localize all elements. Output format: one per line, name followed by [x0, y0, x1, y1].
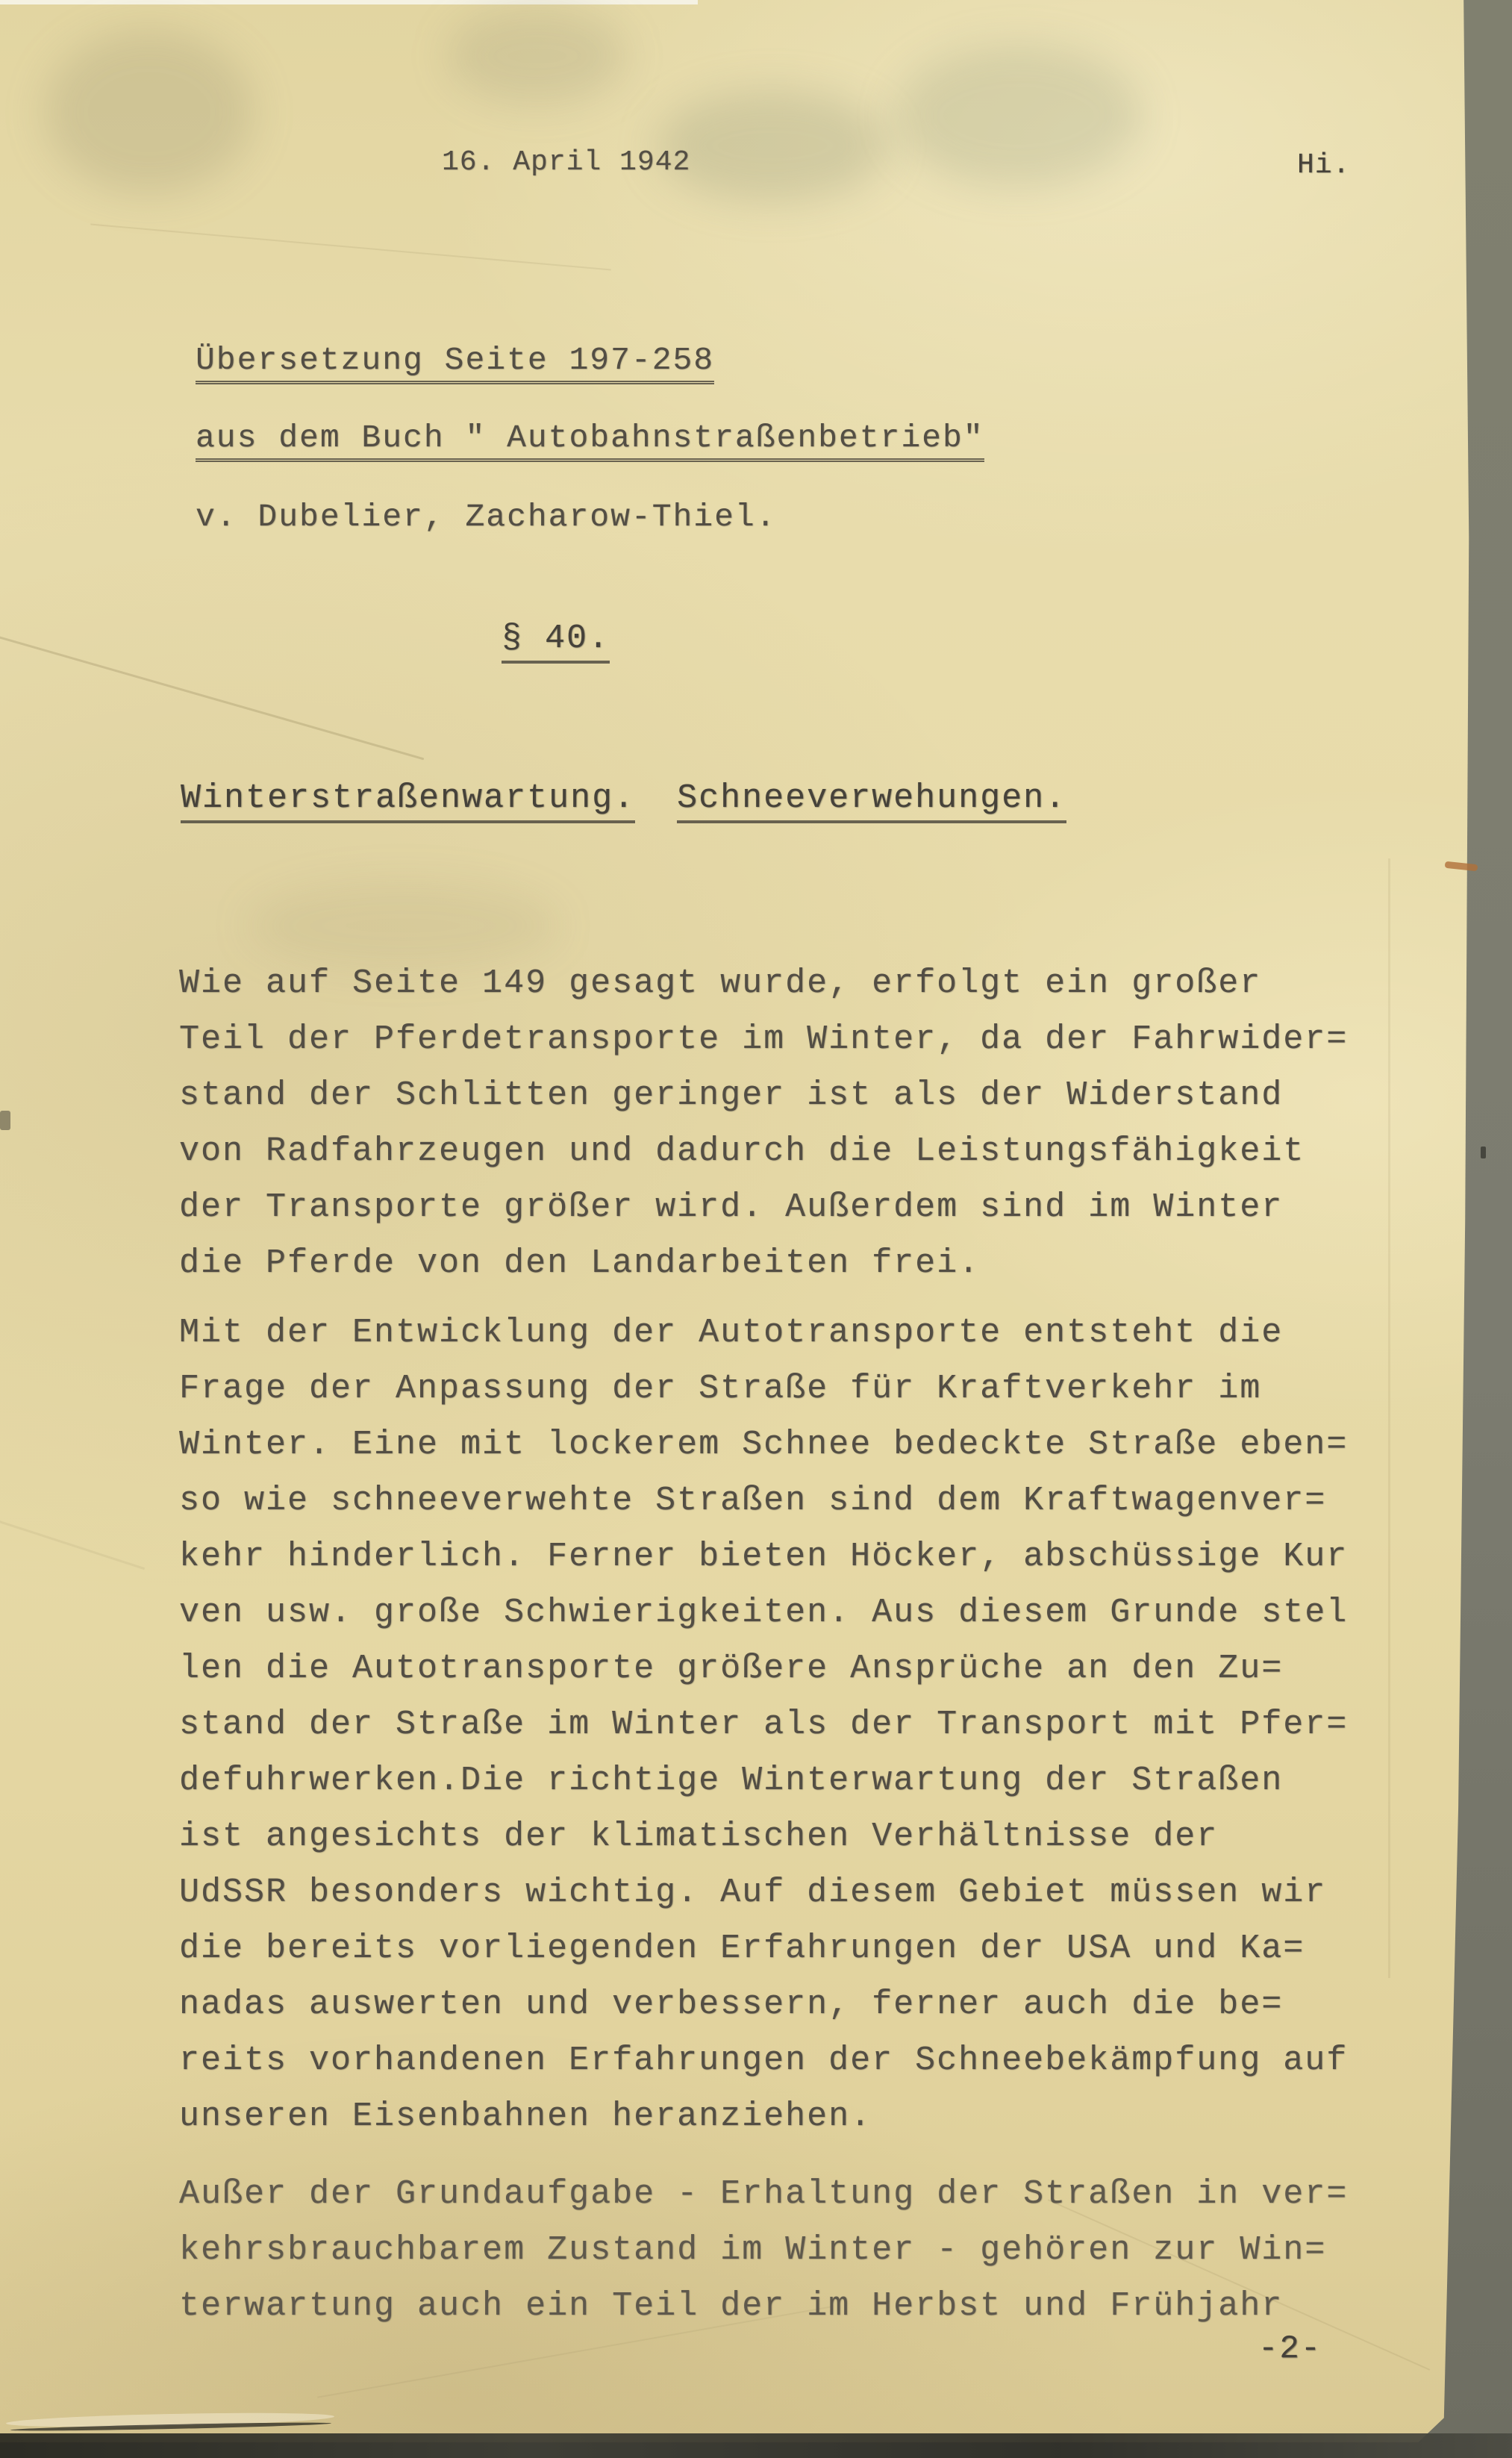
text-line: Teil der Pferdetransporte im Winter, da … [179, 1011, 1348, 1067]
text-line: von Radfahrzeugen und dadurch die Leistu… [179, 1123, 1348, 1179]
text-line: Außer der Grundaufgabe - Erhaltung der S… [179, 2166, 1348, 2222]
text-line: der Transporte größer wird. Außerdem sin… [179, 1179, 1348, 1235]
text-line: Mit der Entwicklung der Autotransporte e… [179, 1305, 1348, 1361]
text-line: defuhrwerken.Die richtige Winterwartung … [179, 1753, 1348, 1809]
section-heading: § 40. [502, 620, 610, 664]
text-line: stand der Schlitten geringer ist als der… [179, 1067, 1348, 1123]
title-line-2: aus dem Buch " Autobahnstraßenbetrieb" [196, 419, 984, 462]
text-line: nadas auswerten und verbessern, ferner a… [179, 1977, 1348, 2033]
text-line: kehr hinderlich. Ferner bieten Höcker, a… [179, 1529, 1348, 1585]
text-line: stand der Straße im Winter als der Trans… [179, 1697, 1348, 1753]
text-line: len die Autotransporte größere Ansprüche… [179, 1641, 1348, 1697]
text-line: die bereits vorliegenden Erfahrungen der… [179, 1921, 1348, 1977]
scan-background: 16. April 1942 Hi. Übersetzung Seite 197… [0, 0, 1512, 2458]
translator-initials: Hi. [1297, 149, 1350, 181]
chapter-heading-part1: Winterstraßenwartung. [181, 779, 635, 823]
text-line: ist angesichts der klimatischen Verhältn… [179, 1809, 1348, 1865]
text-line: die Pferde von den Landarbeiten frei. [179, 1235, 1348, 1291]
document-date: 16. April 1942 [442, 146, 690, 178]
title-line-2-text: aus dem Buch " Autobahnstraßenbetrieb" [196, 419, 984, 462]
page-number: -2- [1258, 2330, 1322, 2368]
text-line: Winter. Eine mit lockerem Schnee bedeckt… [179, 1417, 1348, 1473]
text-line: terwartung auch ein Teil der im Herbst u… [179, 2278, 1348, 2334]
title-line-3: v. Dubelier, Zacharow-Thiel. [196, 499, 777, 535]
title-line-1-text: Übersetzung Seite 197-258 [196, 342, 714, 384]
text-line: Wie auf Seite 149 gesagt wurde, erfolgt … [179, 955, 1348, 1011]
text-line: Frage der Anpassung der Straße für Kraft… [179, 1361, 1348, 1417]
text-line: kehrsbrauchbarem Zustand im Winter - geh… [179, 2222, 1348, 2278]
chapter-heading: Winterstraßenwartung.Schneeverwehungen. [181, 779, 1066, 823]
text-line: reits vorhandenen Erfahrungen der Schnee… [179, 2033, 1348, 2089]
text-line: ven usw. große Schwierigkeiten. Aus dies… [179, 1585, 1348, 1641]
text-line: UdSSR besonders wichtig. Auf diesem Gebi… [179, 1865, 1348, 1921]
text-line: so wie schneeverwehte Straßen sind dem K… [179, 1473, 1348, 1529]
title-line-1: Übersetzung Seite 197-258 [196, 342, 714, 384]
text-line: unseren Eisenbahnen heranziehen. [179, 2089, 1348, 2144]
section-heading-text: § 40. [502, 620, 610, 664]
paragraph-2: Mit der Entwicklung der Autotransporte e… [179, 1305, 1348, 2144]
paragraph-3: Außer der Grundaufgabe - Erhaltung der S… [179, 2166, 1348, 2334]
chapter-heading-part2: Schneeverwehungen. [677, 779, 1066, 823]
paragraph-1: Wie auf Seite 149 gesagt wurde, erfolgt … [179, 955, 1348, 1291]
typewritten-text-layer: 16. April 1942 Hi. Übersetzung Seite 197… [0, 0, 1512, 2458]
